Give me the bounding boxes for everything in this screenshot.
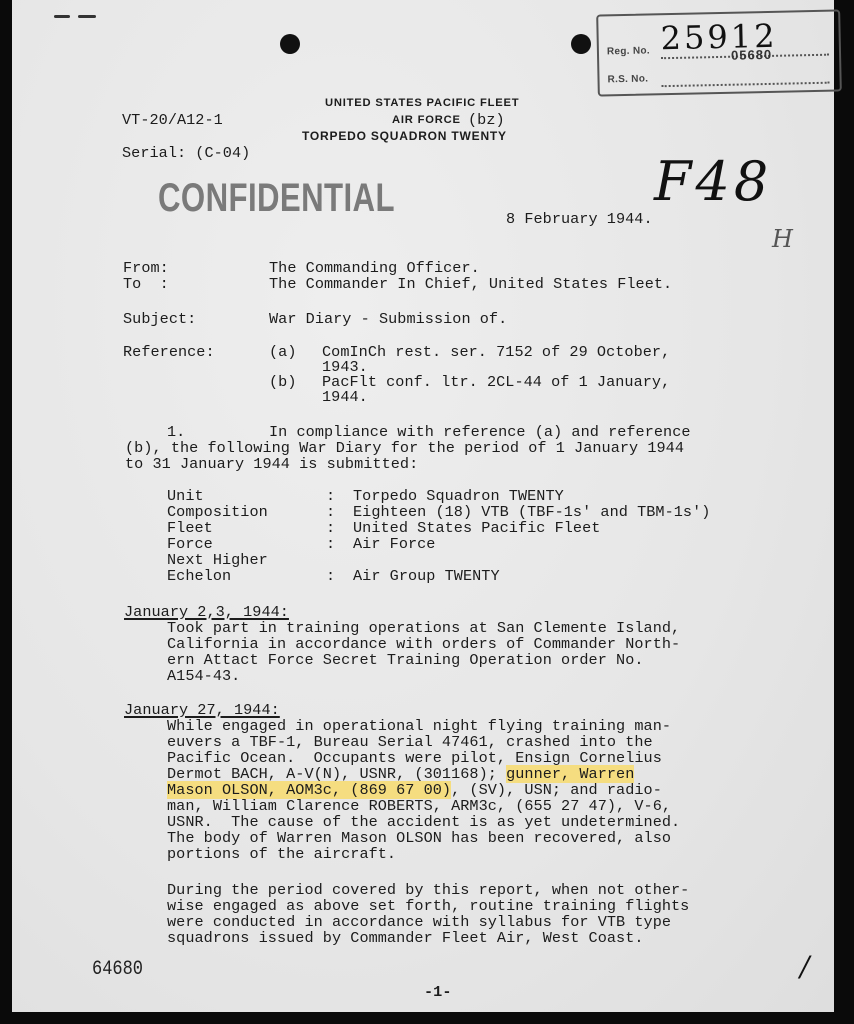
reg-no-label: Reg. No. (607, 45, 650, 57)
punch-hole-left (280, 34, 300, 54)
to-label: To : (123, 276, 169, 293)
org-line-2: AIR FORCE (392, 114, 461, 126)
subject-value: War Diary - Submission of. (269, 311, 507, 328)
serial-number: Serial: (C-04) (122, 145, 250, 162)
page-number: -1- (424, 984, 452, 1001)
file-code: VT-20/A12-1 (122, 112, 223, 129)
confidential-stamp: CONFIDENTIAL (158, 176, 395, 221)
reference-b-marker: (b) (269, 374, 297, 391)
reg-number-stamped: 05680 (731, 47, 772, 63)
top-left-pen-mark (42, 15, 102, 19)
unit-info-colon: : (326, 536, 335, 553)
entry-line: portions of the aircraft. (167, 846, 396, 863)
unit-info-colon: : (326, 568, 335, 585)
org-line-3: TORPEDO SQUADRON TWENTY (302, 129, 507, 143)
reference-a-line1: ComInCh rest. ser. 7152 of 29 October, (322, 344, 670, 361)
rs-no-dotted-line (662, 82, 830, 88)
org-line-1: UNITED STATES PACIFIC FLEET (325, 97, 519, 109)
to-value: The Commander In Chief, United States Fl… (269, 276, 672, 293)
org-line-2-annotation: (bz) (468, 112, 505, 129)
entry-line: A154-43. (167, 668, 240, 685)
rs-no-label: R.S. No. (607, 73, 648, 85)
margin-mark: / (800, 950, 809, 983)
registry-stamp: Reg. No. 25912 05680 R.S. No. (596, 9, 842, 96)
reference-a-marker: (a) (269, 344, 297, 361)
closing-line: squadrons issued by Commander Fleet Air,… (167, 930, 644, 947)
handwritten-file-mark: F48 (654, 150, 772, 213)
reference-b-line2: 1944. (322, 389, 368, 406)
document-date: 8 February 1944. (506, 211, 653, 228)
handwritten-initial: H (772, 225, 793, 253)
punch-hole-right (571, 34, 591, 54)
subject-label: Subject: (123, 311, 196, 328)
reference-b-line1: PacFlt conf. ltr. 2CL-44 of 1 January, (322, 374, 670, 391)
reference-label: Reference: (123, 344, 215, 361)
archive-number: 64680 (92, 958, 143, 981)
document-page: Reg. No. 25912 05680 R.S. No. VT-20/A12-… (12, 0, 834, 1012)
unit-info-value: Air Group TWENTY (353, 568, 500, 585)
paragraph1-line3: to 31 January 1944 is submitted: (125, 456, 418, 473)
unit-info-value: Air Force (353, 536, 435, 553)
unit-info-label: Echelon (167, 568, 231, 585)
